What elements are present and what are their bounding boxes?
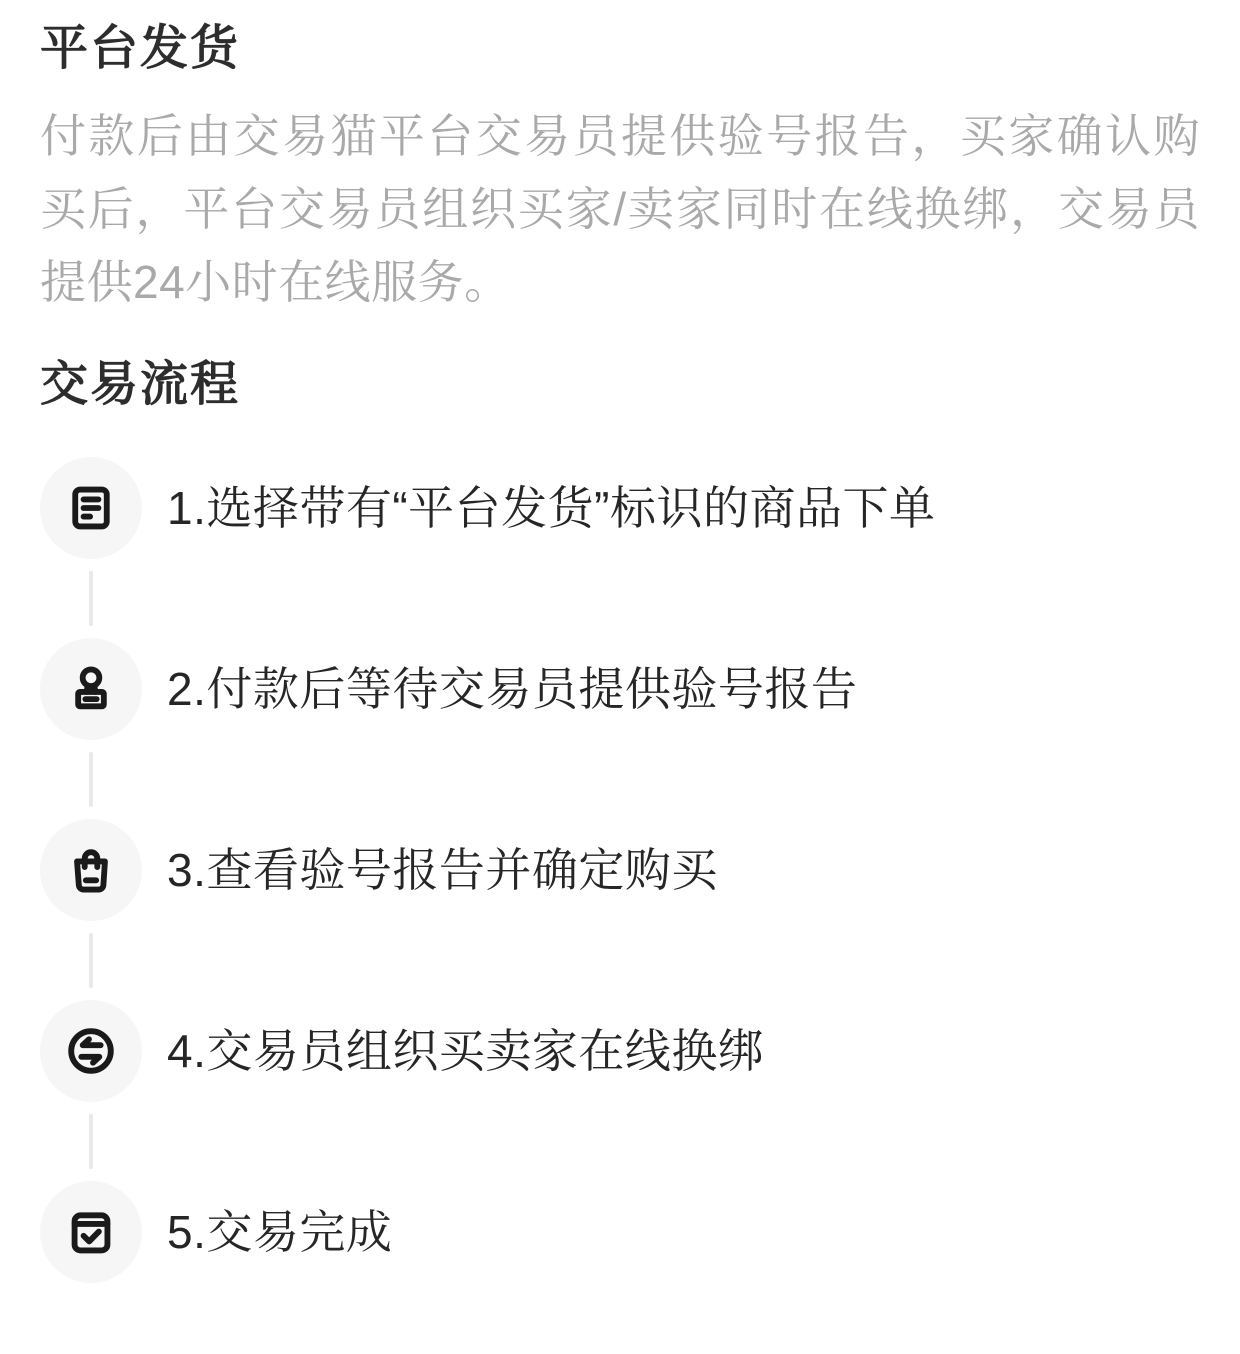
stamp-icon [64, 662, 118, 716]
step-5-label: 5.交易完成 [167, 1202, 392, 1262]
step-3-label: 3.查看验号报告并确定购买 [167, 840, 718, 900]
step-item-1: 1.选择带有“平台发货”标识的商品下单 [40, 457, 1200, 559]
connector-line [89, 571, 93, 626]
step-connector [40, 740, 142, 819]
transaction-steps-list: 1.选择带有“平台发货”标识的商品下单 2.付款后等待交易员提供验号报告 [40, 457, 1200, 1283]
transaction-process-title: 交易流程 [40, 356, 1200, 414]
step-2-label: 2.付款后等待交易员提供验号报告 [167, 659, 857, 719]
step-5-icon-circle [40, 1181, 142, 1283]
page-title: 平台发货 [40, 20, 1200, 78]
step-connector [40, 921, 142, 1000]
step-item-5: 5.交易完成 [40, 1181, 1200, 1283]
step-item-4: 4.交易员组织买卖家在线换绑 [40, 1000, 1200, 1102]
step-3-icon-circle [40, 819, 142, 921]
step-1-label: 1.选择带有“平台发货”标识的商品下单 [167, 478, 936, 538]
step-connector [40, 559, 142, 638]
checked-box-icon [64, 1205, 118, 1259]
step-4-icon-circle [40, 1000, 142, 1102]
step-connector [40, 1102, 142, 1181]
platform-shipping-info-panel: 平台发货 付款后由交易猫平台交易员提供验号报告，买家确认购买后，平台交易员组织买… [0, 0, 1240, 1283]
shopping-bag-icon [64, 843, 118, 897]
document-list-icon [64, 481, 118, 535]
step-2-icon-circle [40, 638, 142, 740]
swap-arrows-icon [64, 1024, 118, 1078]
step-1-icon-circle [40, 457, 142, 559]
step-item-3: 3.查看验号报告并确定购买 [40, 819, 1200, 921]
connector-line [89, 1114, 93, 1169]
step-item-2: 2.付款后等待交易员提供验号报告 [40, 638, 1200, 740]
connector-line [89, 752, 93, 807]
step-4-label: 4.交易员组织买卖家在线换绑 [167, 1021, 764, 1081]
connector-line [89, 933, 93, 988]
shipping-description-text: 付款后由交易猫平台交易员提供验号报告，买家确认购买后，平台交易员组织买家/卖家同… [40, 100, 1200, 319]
